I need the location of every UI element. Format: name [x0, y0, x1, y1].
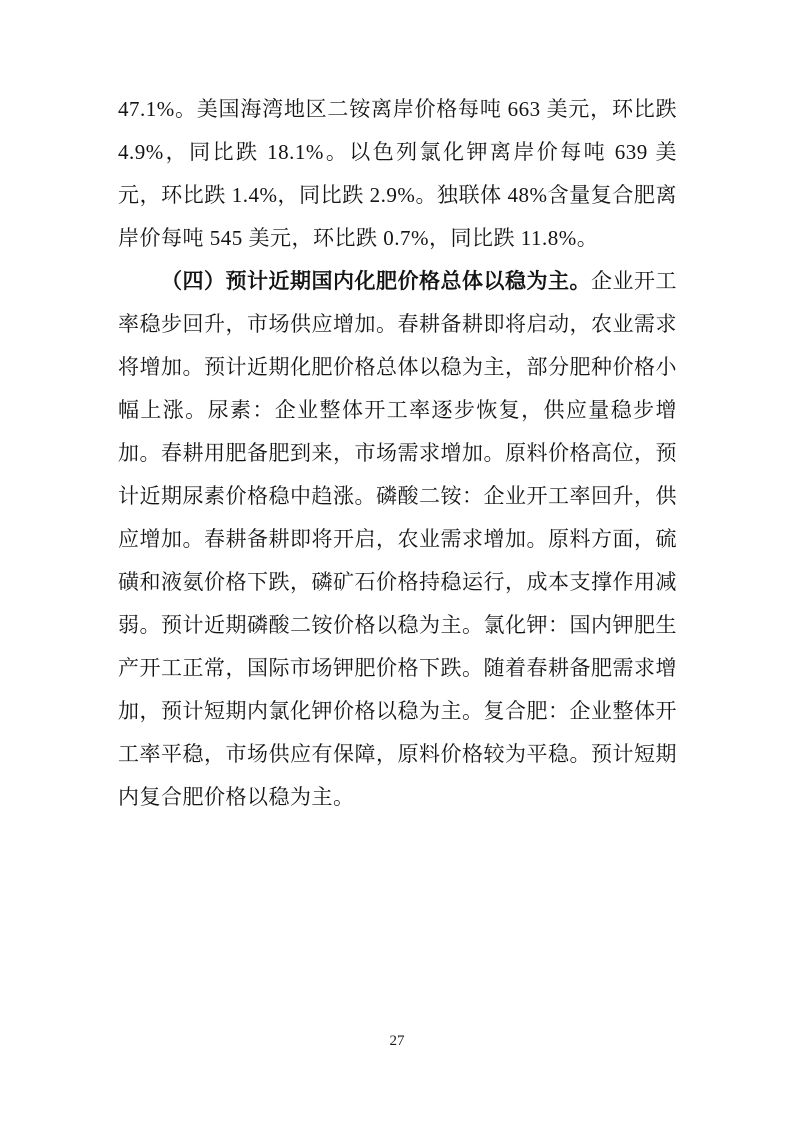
paragraph-text-run: 47.1%。美国海湾地区二铵离岸价格每吨 663 美元，环比跌 4.9%，同比跌…: [118, 97, 677, 250]
paragraph: 47.1%。美国海湾地区二铵离岸价格每吨 663 美元，环比跌 4.9%，同比跌…: [118, 88, 677, 260]
page-footer: 27: [0, 1030, 794, 1052]
document-body: 47.1%。美国海湾地区二铵离岸价格每吨 663 美元，环比跌 4.9%，同比跌…: [118, 88, 677, 819]
page-number: 27: [390, 1030, 405, 1052]
paragraph-bold-run: （四）预计近期国内化肥价格总体以稳为主。: [161, 269, 591, 293]
paragraph: （四）预计近期国内化肥价格总体以稳为主。企业开工率稳步回升，市场供应增加。春耕备…: [118, 260, 677, 819]
paragraph-text-run: 企业开工率稳步回升，市场供应增加。春耕备耕即将启动，农业需求将增加。预计近期化肥…: [118, 269, 677, 809]
document-page: 47.1%。美国海湾地区二铵离岸价格每吨 663 美元，环比跌 4.9%，同比跌…: [0, 0, 794, 1123]
